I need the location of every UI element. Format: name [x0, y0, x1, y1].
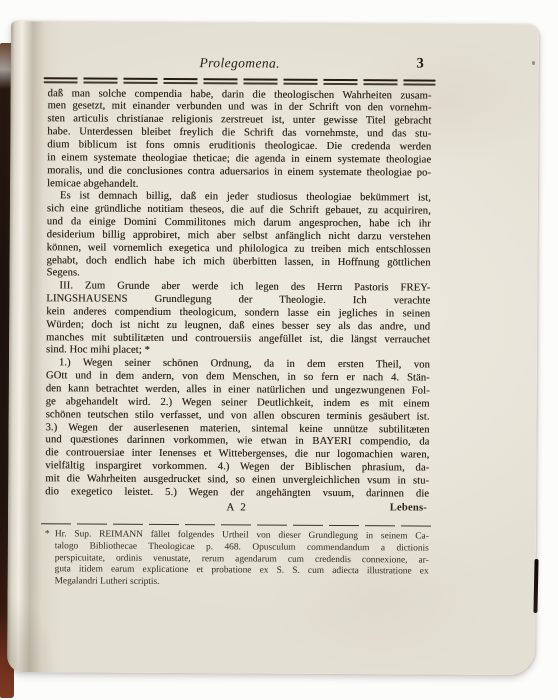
- footnote-marker: *: [45, 530, 50, 542]
- signature-row: A 2 Lebens-: [45, 500, 429, 516]
- header-rule-bottom: [44, 81, 436, 85]
- paragraph-continuation: daß man solche compendia habe, darin die…: [47, 88, 432, 193]
- text-line: Megalandri Lutheri scriptis.: [55, 576, 429, 590]
- text-line: dio exegetico leistet. 5.) Wegen der ang…: [45, 486, 429, 501]
- footnote-rule: [41, 523, 433, 527]
- paragraph-numbered-reasons: 1.) Wegen seiner schönen Ordnung, da in …: [45, 358, 430, 502]
- footnote: * Hr. Sup. REIMANN fället folgendes Urth…: [45, 530, 429, 591]
- back-cover-edge: [533, 559, 538, 613]
- book-page: Prolegomena. 3 daß man solche compendia …: [7, 21, 539, 675]
- catchword: Lebens-: [390, 502, 427, 513]
- paragraph-es-ist-demnach: Es ist demnach billig, daß ein jeder stu…: [46, 191, 431, 283]
- book-photo: Prolegomena. 3 daß man solche compendia …: [0, 0, 558, 700]
- page-number: 3: [416, 55, 423, 72]
- paper-fleck: [532, 61, 535, 65]
- page-header: Prolegomena. 3: [48, 54, 432, 77]
- paragraph-iii-grundlegung: III. Zum Grunde aber werde ich legen des…: [46, 280, 430, 359]
- signature-mark: A 2: [45, 500, 429, 514]
- running-title: Prolegomena.: [48, 54, 432, 72]
- header-rule: [44, 77, 436, 85]
- body-text: daß man solche compendia habe, darin die…: [45, 88, 432, 501]
- text-block: Prolegomena. 3 daß man solche compendia …: [45, 54, 432, 590]
